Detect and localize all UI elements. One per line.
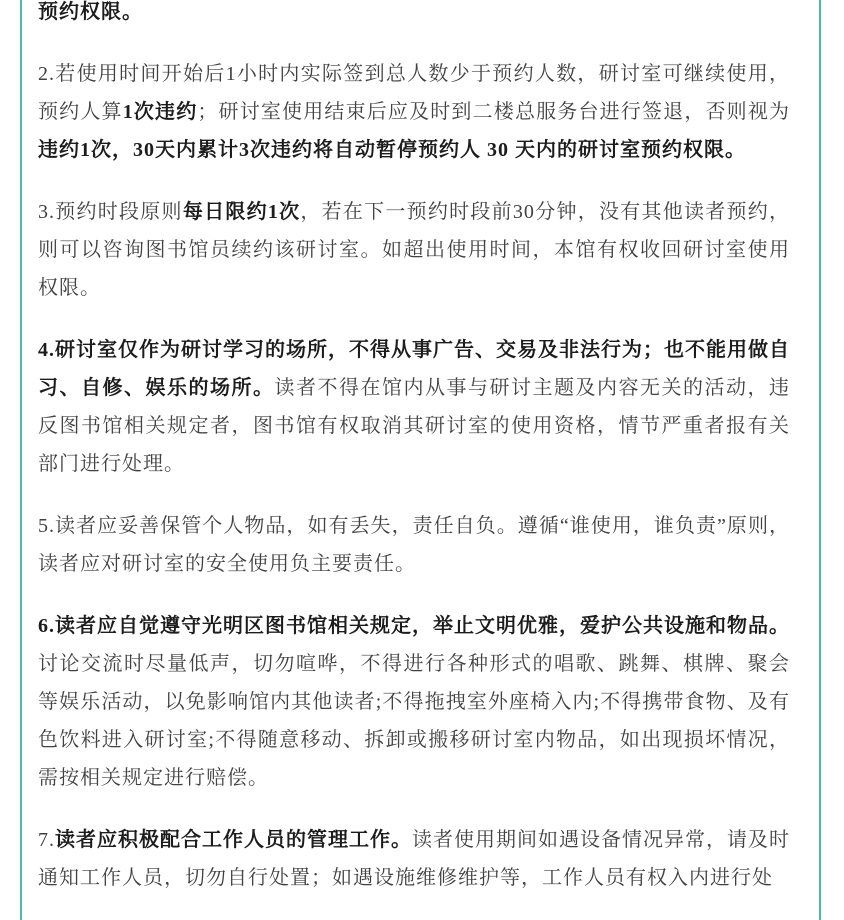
paragraph: 4.研讨室仅作为研讨学习的场所，不得从事广告、交易及非法行为；也不能用做自习、自… [38,331,790,483]
paragraph: 7.读者应积极配合工作人员的管理工作。读者使用期间如遇设备情况异常，请及时通知工… [38,821,790,885]
bold-text-run: 预约权限。 [38,1,143,23]
rules-bordered-box: 预约权限。2.若使用时间开始后1小时内实际签到总人数少于预约人数，研讨室可继续使… [20,0,821,885]
text-run: ；研讨室使用结束后应及时到二楼总服务台进行签退，否则视为 [197,101,790,123]
bold-text-run: 每日限约1次 [183,201,301,223]
text-run: 讨论交流时尽量低声，切勿喧哗，不得进行各种形式的唱歌、跳舞、棋牌、聚会等娱乐活动… [38,653,790,789]
text-run: 3.预约时段原则 [38,201,183,223]
paragraph: 6.读者应自觉遵守光明区图书馆相关规定，举止文明优雅，爱护公共设施和物品。讨论交… [38,607,790,797]
paragraph: 预约权限。 [38,0,790,31]
paragraph: 3.预约时段原则每日限约1次，若在下一预约时段前30分钟，没有其他读者预约，则可… [38,193,790,307]
paragraph: 5.读者应妥善保管个人物品，如有丢失，责任自负。遵循“谁使用，谁负责”原则，读者… [38,507,790,583]
bold-text-run: 6.读者应自觉遵守光明区图书馆相关规定，举止文明优雅，爱护公共设施和物品。 [38,615,790,637]
paragraph: 2.若使用时间开始后1小时内实际签到总人数少于预约人数，研讨室可继续使用，预约人… [38,55,790,169]
rules-article: 预约权限。2.若使用时间开始后1小时内实际签到总人数少于预约人数，研讨室可继续使… [38,0,790,885]
rules-paragraph-list: 预约权限。2.若使用时间开始后1小时内实际签到总人数少于预约人数，研讨室可继续使… [38,0,790,885]
bold-text-run: 1次违约 [123,101,198,123]
bold-text-run: 违约1次，30天内累计3次违约将自动暂停预约人 30 天内的研讨室预约权限。 [38,139,746,161]
text-run: 7. [38,829,55,851]
bold-text-run: 读者应积极配合工作人员的管理工作。 [55,829,412,851]
text-run: 5.读者应妥善保管个人物品，如有丢失，责任自负。遵循“谁使用，谁负责”原则，读者… [38,515,790,575]
